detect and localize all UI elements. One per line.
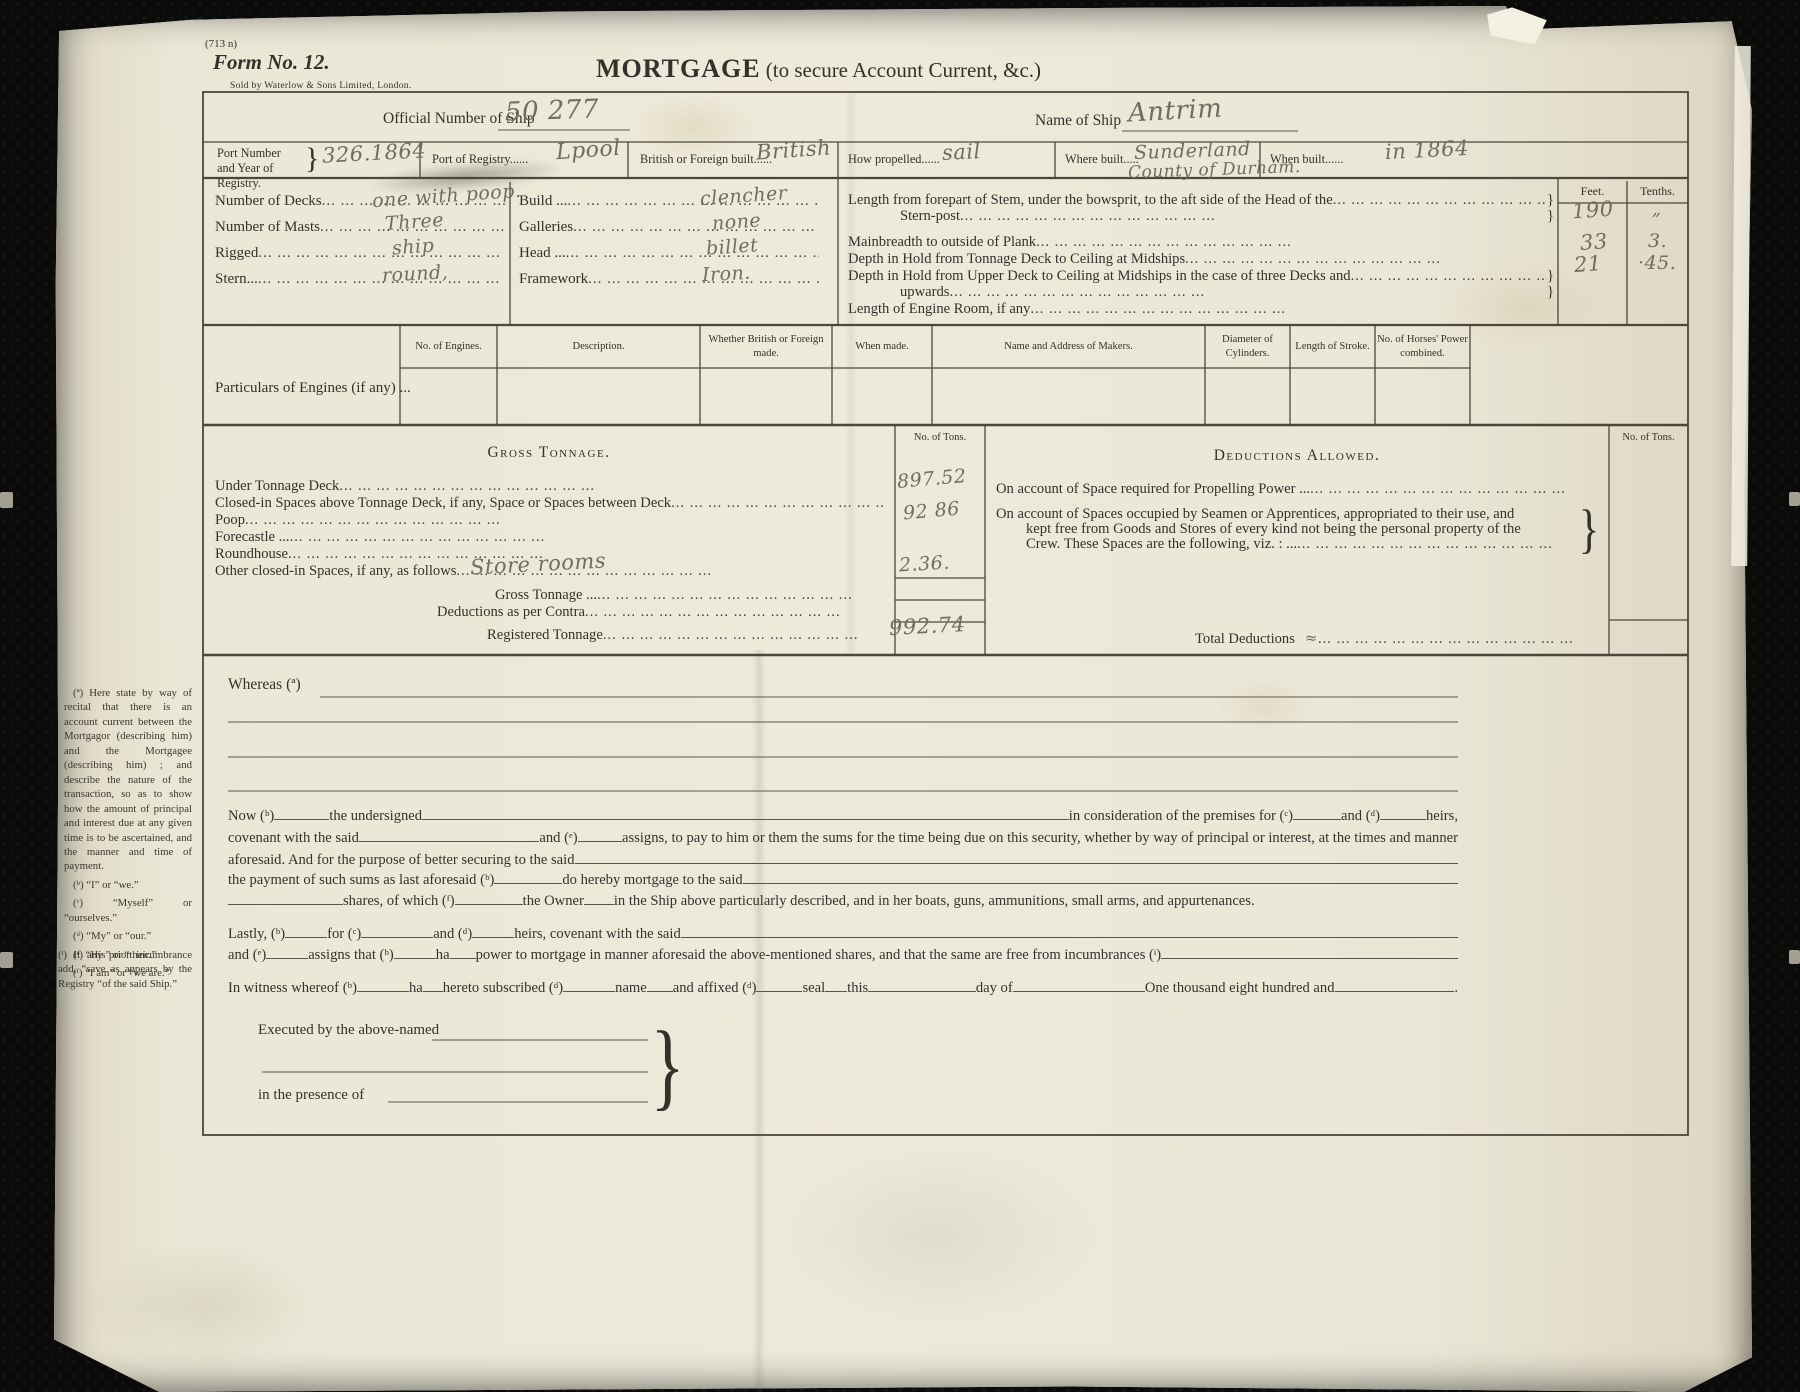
depth-upper-label: Depth in Hold from Upper Deck to Ceiling… <box>848 268 1351 285</box>
when-built-label: When built...... <box>1270 152 1343 167</box>
length-stem-label: Length from forepart of Stem, under the … <box>848 192 1333 209</box>
total-deductions-scribble: ≈ <box>1305 629 1318 647</box>
blank-line <box>756 978 802 992</box>
total-deductions-label: Total Deductions <box>1195 631 1295 648</box>
blank-line <box>423 978 443 992</box>
this-label: this <box>847 980 868 997</box>
margin-note-g: (ᶤ) If any prior incumbrance add, “save … <box>58 948 192 991</box>
blank-line <box>743 870 1458 884</box>
leader-dots: ... ... ... ... ... ... ... ... ... ... … <box>339 478 885 495</box>
blank-line <box>578 828 622 842</box>
blank-line <box>357 978 409 992</box>
poop-label: Poop <box>215 512 245 529</box>
blank-line <box>584 891 614 905</box>
gross-tonnage-row-label: Gross Tonnage ... <box>495 587 597 604</box>
margin-note-b: (ᵇ) “I” or “we.” <box>64 878 192 892</box>
form-code: (713 n) <box>205 38 237 50</box>
blank-line <box>1380 806 1426 820</box>
depth-tonnage-label: Depth in Hold from Tonnage Deck to Ceili… <box>848 251 1185 268</box>
margin-note-d: (ᵈ) “My” or “our.” <box>64 929 192 943</box>
blank-line <box>422 806 1069 820</box>
engines-col-stroke: Length of Stroke. <box>1290 327 1375 367</box>
for-c-label: for (ᶜ) <box>327 926 361 943</box>
tons-header-left: No. of Tons. <box>893 430 987 446</box>
leader-dots: ... ... ... ... ... ... ... ... ... ... … <box>603 627 885 644</box>
blank-line <box>394 945 436 959</box>
measure-brace: } <box>1547 284 1554 301</box>
leader-dots: ... ... ... ... ... ... ... ... ... ... … <box>1333 192 1547 209</box>
consideration-label: in consideration of the premises for (ᶜ) <box>1069 808 1293 825</box>
blank-line <box>575 850 1459 864</box>
blank-line <box>868 978 976 992</box>
blank-line <box>494 870 562 884</box>
port-of-registry-label: Port of Registry...... <box>432 152 528 167</box>
leader-dots: ... ... ... ... ... ... ... ... ... ... … <box>258 245 505 262</box>
engine-room-label: Length of Engine Room, if any <box>848 301 1030 318</box>
blank-line <box>563 978 615 992</box>
form-seller: Sold by Waterlow & Sons Limited, London. <box>230 80 412 91</box>
head-value: billet <box>705 234 759 260</box>
blank-line <box>450 945 476 959</box>
ship-name-label: Name of Ship <box>1035 112 1121 130</box>
undersigned-label: the undersigned <box>329 808 422 825</box>
shares-label: shares, of which (ᶠ) <box>343 893 455 910</box>
payment-label: the payment of such sums as last aforesa… <box>228 872 494 889</box>
blank-line <box>361 924 433 938</box>
assigns-that-label: assigns that (ᵇ) <box>308 947 394 964</box>
blank-line <box>647 978 673 992</box>
stern-value: round, <box>381 261 448 286</box>
length-tenths-value: „ <box>1652 200 1661 220</box>
galleries-label: Galleries <box>519 219 573 236</box>
ha-label: ha <box>436 947 450 964</box>
covenant-label: covenant with the said <box>228 830 359 847</box>
leader-dots: ... ... ... ... ... ... ... ... ... ... … <box>1036 234 1548 251</box>
port-of-registry-value: Lpool <box>555 136 621 165</box>
scanned-mortgage-form: (713 n) Form No. 12. Sold by Waterlow & … <box>0 0 1800 1392</box>
seamen-spaces-brace: } <box>1579 498 1600 560</box>
blank-line <box>825 978 847 992</box>
leader-dots: ... ... ... ... ... ... ... ... ... ... … <box>585 604 885 621</box>
engines-col-makers: Name and Address of Makers. <box>932 327 1205 367</box>
aforesaid-label: aforesaid. And for the purpose of better… <box>228 852 575 869</box>
propelled-label: How propelled...... <box>848 152 940 167</box>
witness-ha-label: ha <box>409 980 423 997</box>
name-label: name <box>615 980 647 997</box>
port-number-label-1: Port Number <box>217 146 281 160</box>
forecastle-label: Forecastle ... <box>215 529 290 546</box>
leader-dots: ... ... ... ... ... ... ... ... ... ... … <box>960 208 1547 225</box>
blank-line <box>228 891 343 905</box>
rigged-label: Rigged <box>215 245 258 262</box>
leader-dots: ... ... ... ... ... ... ... ... ... ... … <box>1185 251 1548 268</box>
blank-line <box>1013 978 1145 992</box>
blank-line <box>1293 806 1341 820</box>
executed-brace: } <box>651 1010 685 1122</box>
assigns-pay-label: assigns, to pay to him or them the sums … <box>622 830 1458 847</box>
roundhouse-label: Roundhouse <box>215 546 288 563</box>
measure-brace: } <box>1547 208 1554 225</box>
other-spaces-tons: 2.36. <box>898 552 950 577</box>
now-label: Now (ᵇ) <box>228 808 274 825</box>
measure-brace: } <box>1547 268 1554 285</box>
breadth-tenths-value: 3. <box>1648 230 1667 252</box>
ship-described-label: in the Ship above particularly described… <box>614 893 1255 910</box>
whereas-label: Whereas (ª) <box>228 676 301 694</box>
propelling-power-label: On account of Space required for Propell… <box>996 481 1310 498</box>
engines-col-origin: Whether British or Foreign made. <box>700 327 832 367</box>
period: . <box>1454 980 1458 997</box>
port-number-brace: } <box>305 142 319 176</box>
leader-dots: ... ... ... ... ... ... ... ... ... ... … <box>245 512 885 529</box>
length-feet-value: 190 <box>1571 197 1614 224</box>
leader-dots: ... ... ... ... ... ... ... ... ... ... … <box>671 495 885 512</box>
leader-dots: ... ... ... ... ... ... ... ... ... ... … <box>949 284 1547 301</box>
margin-notes: (ª) Here state by way of recital that th… <box>64 686 192 985</box>
page-title: MORTGAGE <box>596 54 761 83</box>
in-presence-of-label: in the presence of <box>258 1087 364 1104</box>
engines-col-when-made: When made. <box>832 327 932 367</box>
blank-line <box>274 806 329 820</box>
other-spaces-label: Other closed-in Spaces, if any, as follo… <box>215 563 456 580</box>
depth-feet-value: 21 <box>1573 251 1602 277</box>
and-e-label: and (ᵉ) <box>539 830 577 847</box>
page-title-suffix: (to secure Account Current, &c.) <box>761 58 1042 82</box>
leader-dots: ... ... ... ... ... ... ... ... ... ... … <box>1297 536 1574 553</box>
seamen-spaces-line3: Crew. These Spaces are the following, vi… <box>1026 536 1297 553</box>
official-number-value: 50 277 <box>505 94 600 127</box>
day-of-label: day of <box>976 980 1013 997</box>
when-built-value: in 1864 <box>1384 136 1469 164</box>
executed-by-label: Executed by the above-named <box>258 1022 439 1039</box>
leader-dots: ... ... ... ... ... ... ... ... ... ... … <box>1351 268 1547 285</box>
head-label: Head ... <box>519 245 566 262</box>
engines-col-cylinders: Diameter of Cylinders. <box>1205 327 1290 367</box>
leader-dots: ... ... ... ... ... ... ... ... ... ... … <box>1310 481 1596 498</box>
framework-label: Framework <box>519 271 588 288</box>
masts-value: Three <box>384 209 444 235</box>
owner-label: the Owner <box>523 893 584 910</box>
heirs-label: heirs, <box>1426 808 1458 825</box>
blank-line <box>472 924 514 938</box>
leader-dots: ... ... ... ... ... ... ... ... ... ... … <box>597 587 885 604</box>
deductions-heading: Deductions Allowed. <box>988 447 1606 465</box>
rigged-value: ship <box>391 235 435 260</box>
lastly-label: Lastly, (ᵇ) <box>228 926 285 943</box>
engines-col-number: No. of Engines. <box>400 327 497 367</box>
registered-tonnage-tons: 992.74 <box>888 612 966 640</box>
and-d2-label: and (ᵈ) <box>433 926 472 943</box>
margin-note-a: (ª) Here state by way of recital that th… <box>64 686 192 874</box>
margin-note-c: (ᶜ) “Myself” or “ourselves.” <box>64 896 192 925</box>
leader-dots: ... ... ... ... ... ... ... ... ... ... … <box>290 529 885 546</box>
one-thousand-label: One thousand eight hundred and <box>1145 980 1335 997</box>
mainbreadth-label: Mainbreadth to outside of Plank <box>848 234 1036 251</box>
built-label: British or Foreign built...... <box>640 152 772 167</box>
decks-label: Number of Decks <box>215 193 322 210</box>
engines-row-label: Particulars of Engines (if any) ... <box>215 380 411 397</box>
engines-col-description: Description. <box>497 327 700 367</box>
and-d-label: and (ᵈ) <box>1341 808 1380 825</box>
framework-value: Iron. <box>701 262 751 287</box>
port-number-label-2: and Year of Registry. <box>217 161 273 190</box>
blank-line <box>455 891 523 905</box>
ship-name-value: Antrim <box>1127 94 1223 129</box>
stern-label: Stern... <box>215 271 258 288</box>
seal-label: seal <box>802 980 825 997</box>
and-e2-label: and (ᵉ) <box>228 947 266 964</box>
blank-line <box>681 924 1458 938</box>
tons-header-right: No. of Tons. <box>1609 430 1688 446</box>
leader-dots: ... ... ... ... ... ... ... ... ... ... … <box>1318 631 1585 648</box>
form-number: Form No. 12. <box>213 50 330 75</box>
under-tonnage-deck-label: Under Tonnage Deck <box>215 478 339 495</box>
deductions-contra-label: Deductions as per Contra <box>437 604 585 621</box>
upwards-label: upwards <box>900 284 949 301</box>
mortgage-to-said-label: do hereby mortgage to the said <box>562 872 742 889</box>
power-to-mortgage-label: power to mortgage in manner aforesaid th… <box>476 947 1162 964</box>
blank-line <box>285 924 327 938</box>
depth-tenths-value: ·45. <box>1638 252 1676 274</box>
heirs-covenant-label: heirs, covenant with the said <box>514 926 681 943</box>
leader-dots: ... ... ... ... ... ... ... ... ... ... … <box>1030 301 1548 318</box>
tenths-header: Tenths. <box>1627 182 1688 202</box>
masts-label: Number of Masts <box>215 219 320 236</box>
subscribed-label: hereto subscribed (ᵈ) <box>443 980 563 997</box>
leader-dots: ... ... ... ... ... ... ... ... ... ... … <box>573 219 819 236</box>
blank-line <box>266 945 308 959</box>
blank-line <box>1161 945 1458 959</box>
stern-post-label: Stern-post <box>900 208 960 225</box>
blank-line <box>359 828 540 842</box>
witness-label: In witness whereof (ᵇ) <box>228 980 357 997</box>
measure-brace: } <box>1547 192 1554 209</box>
leader-dots: ... ... ... ... ... ... ... ... ... ... … <box>566 245 819 262</box>
build-label: Build ... <box>519 193 567 210</box>
gross-tonnage-heading: Gross Tonnage. <box>203 444 895 462</box>
blank-line <box>1335 978 1455 992</box>
propelled-value: sail <box>941 139 981 165</box>
closed-in-spaces-label: Closed-in Spaces above Tonnage Deck, if … <box>215 495 671 512</box>
galleries-value: none <box>711 209 762 234</box>
registered-tonnage-label: Registered Tonnage <box>487 627 603 644</box>
engines-col-horsepower: No. of Horses' Power combined. <box>1375 327 1470 367</box>
affixed-label: and affixed (ᵈ) <box>673 980 757 997</box>
